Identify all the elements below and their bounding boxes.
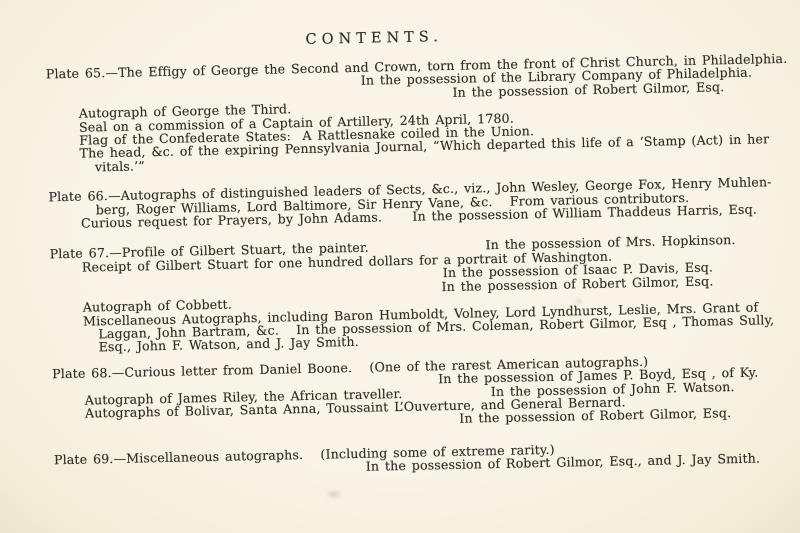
page-title: CONTENTS.: [0, 23, 753, 55]
page-content: CONTENTS. Plate 65.—The Effigy of George…: [0, 0, 800, 481]
paper-smudge: [328, 492, 340, 497]
paper-smudge-small: [576, 299, 582, 304]
scanned-book-page: CONTENTS. Plate 65.—The Effigy of George…: [0, 0, 800, 533]
